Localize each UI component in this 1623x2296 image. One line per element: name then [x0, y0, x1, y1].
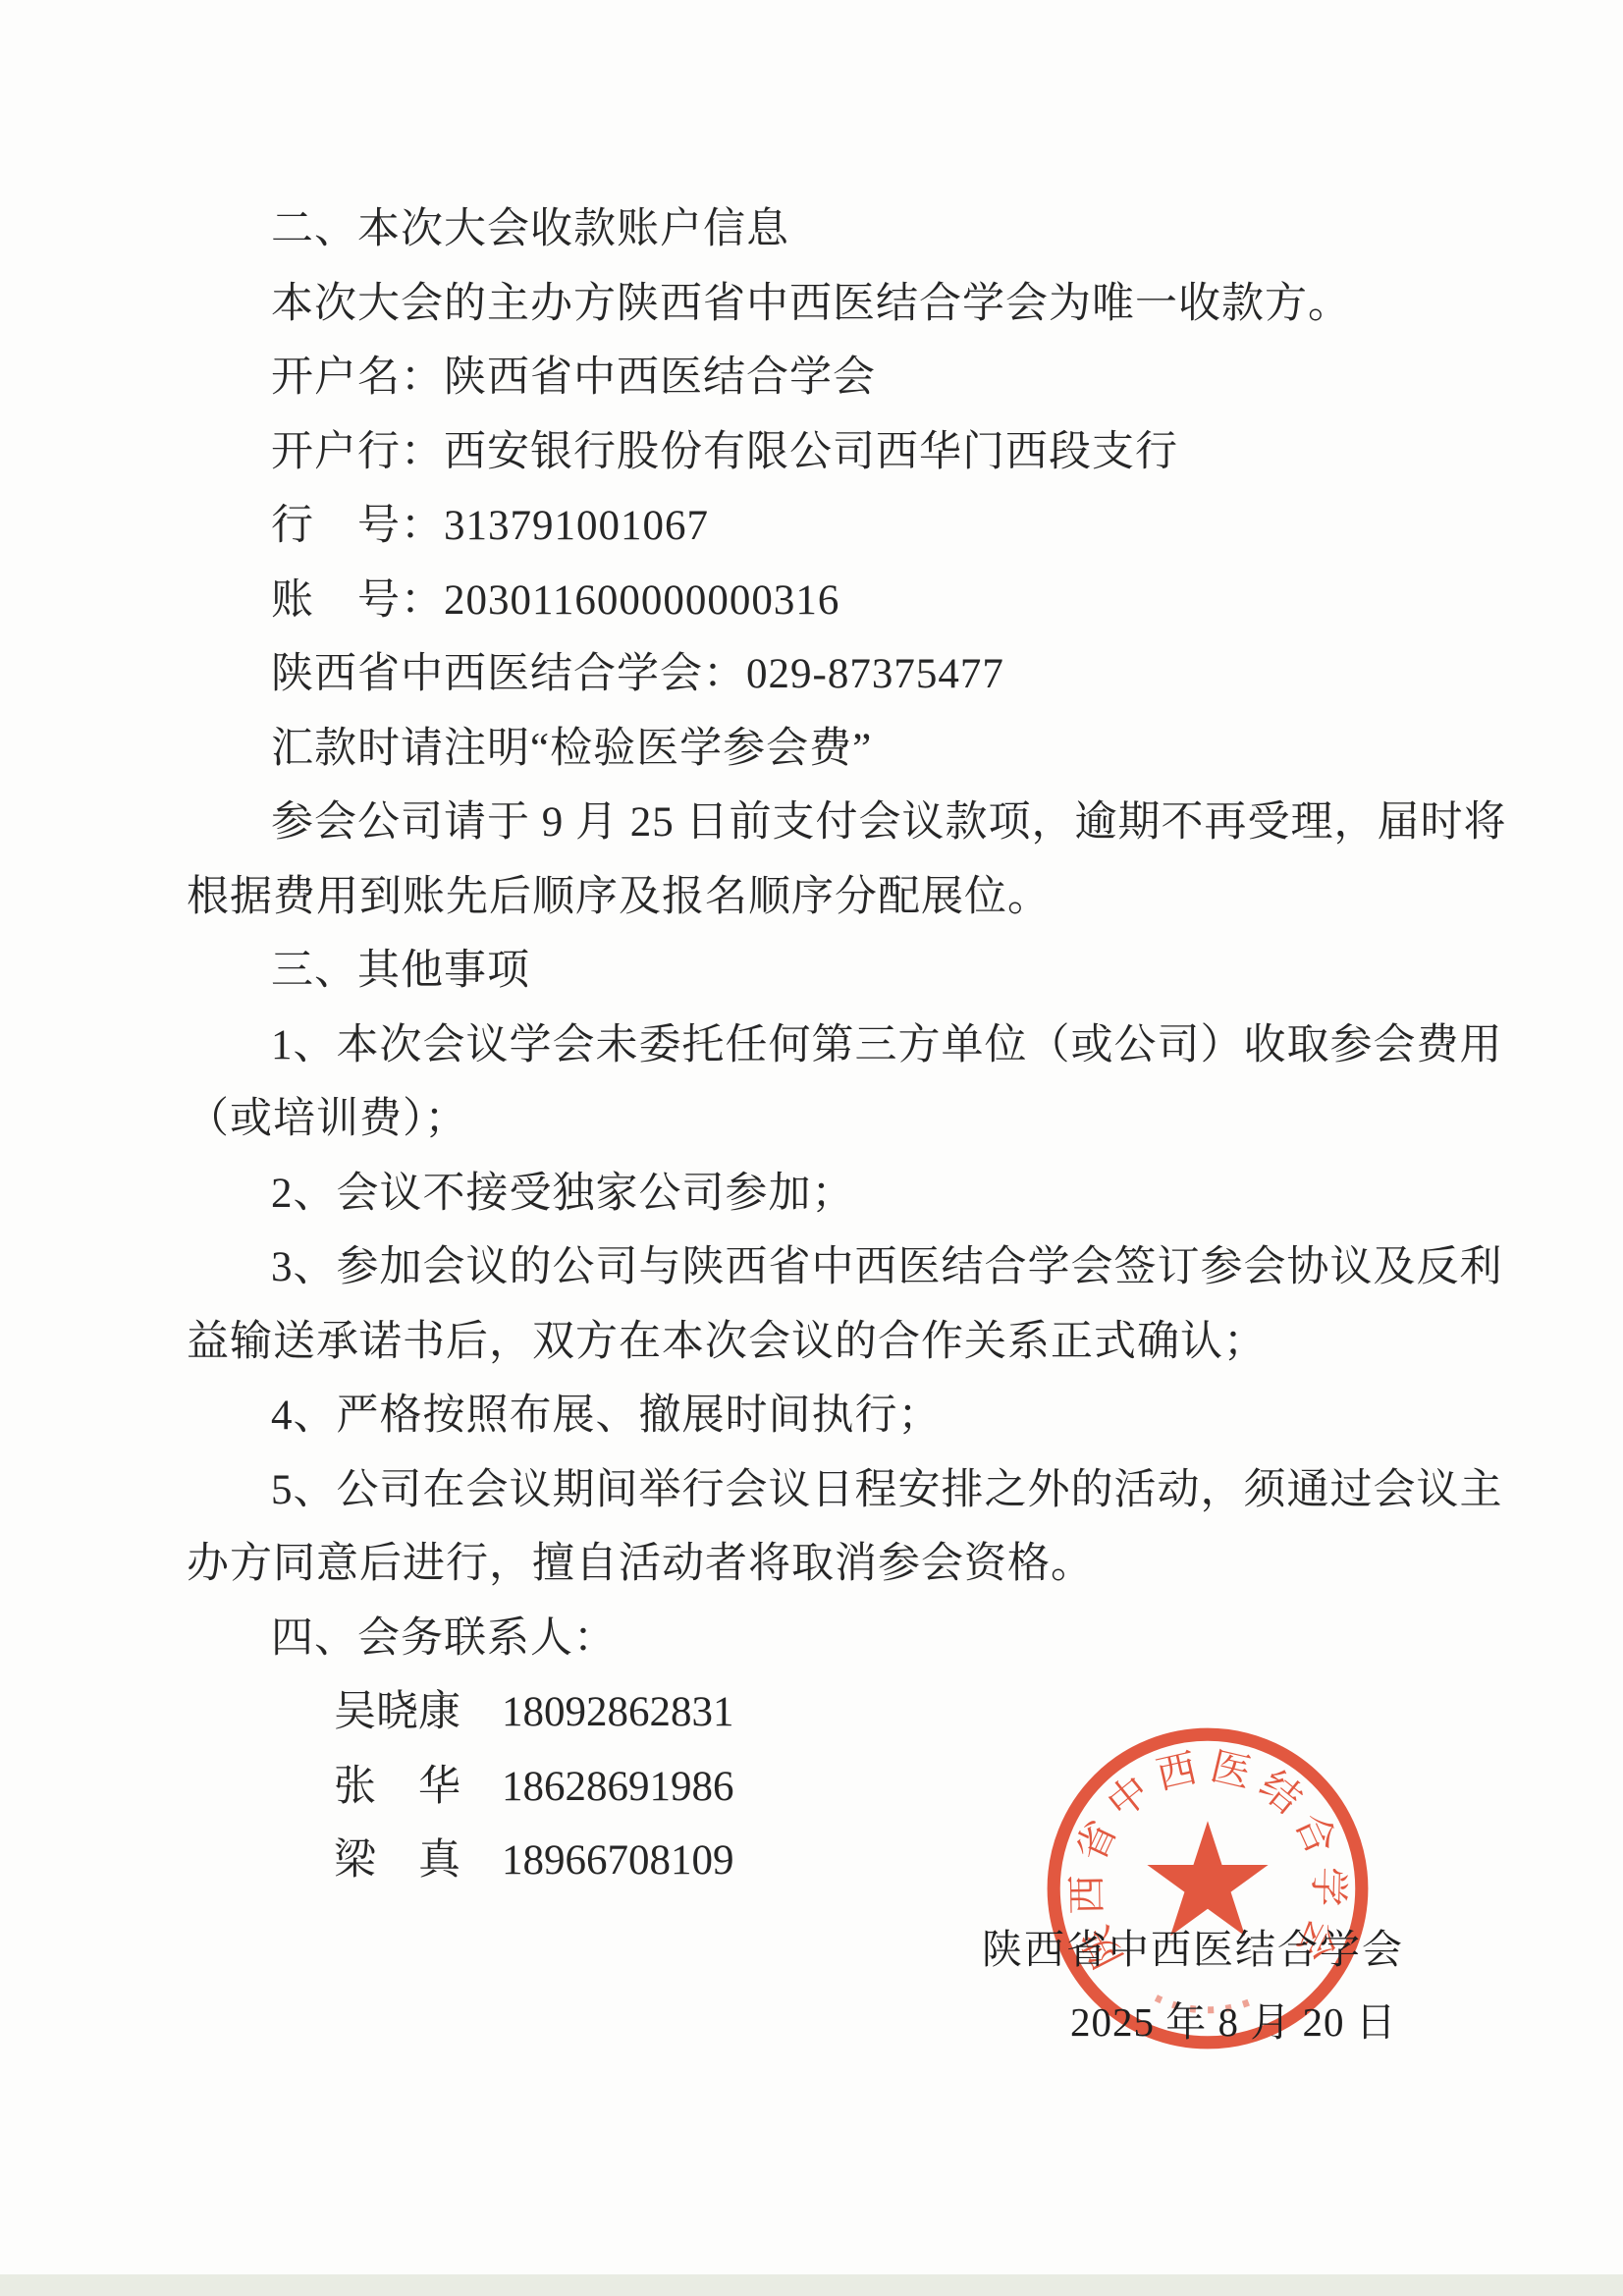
- text-line: 参会公司请于 9 月 25 日前支付会议款项，逾期不再受理，届时将: [187, 786, 1492, 860]
- contact-row: 张 华18628691986: [187, 1750, 1492, 1825]
- text-line: 开户名：陕西省中西医结合学会: [187, 341, 1492, 415]
- text-line: 账 号：203011600000000316: [187, 564, 1492, 638]
- text-line: 二、本次大会收款账户信息: [187, 192, 1492, 267]
- contact-phone: 18628691986: [502, 1764, 734, 1810]
- signature-org: 陕西省中西医结合学会: [982, 1917, 1404, 1975]
- text-line: 开户行：西安银行股份有限公司西华门西段支行: [187, 415, 1492, 490]
- text-line: 本次大会的主办方陕西省中西医结合学会为唯一收款方。: [187, 267, 1492, 342]
- text-line: （或培训费）；: [187, 1082, 1492, 1157]
- contact-name: 张 华: [334, 1750, 464, 1825]
- contact-name: 吴晓康: [334, 1675, 464, 1750]
- text-line: 2、会议不接受独家公司参加；: [187, 1157, 1492, 1231]
- signature-date: 2025 年 8 月 20 日: [1070, 1990, 1397, 2048]
- contact-phone: 18966708109: [502, 1837, 734, 1884]
- text-line: 4、严格按照布展、撤展时间执行；: [187, 1379, 1492, 1453]
- text-line: 5、公司在会议期间举行会议日程安排之外的活动，须通过会议主: [187, 1453, 1492, 1528]
- contact-row: 梁 真18966708109: [187, 1824, 1492, 1898]
- text-line: 3、参加会议的公司与陕西省中西医结合学会签订参会协议及反利: [187, 1230, 1492, 1305]
- text-line: 办方同意后进行，擅自活动者将取消参会资格。: [187, 1527, 1492, 1602]
- text-line: 根据费用到账先后顺序及报名顺序分配展位。: [187, 860, 1492, 935]
- text-line: 行 号：313791001067: [187, 489, 1492, 564]
- scan-edge-artifact: [0, 2274, 1623, 2296]
- text-line: 陕西省中西医结合学会：029-87375477: [187, 637, 1492, 712]
- document-page: 二、本次大会收款账户信息本次大会的主办方陕西省中西医结合学会为唯一收款方。开户名…: [0, 0, 1623, 2296]
- contact-phone: 18092862831: [502, 1689, 734, 1735]
- text-line: 四、会务联系人：: [187, 1602, 1492, 1676]
- contact-row: 吴晓康18092862831: [187, 1675, 1492, 1750]
- text-line: 汇款时请注明“检验医学参会费”: [187, 712, 1492, 787]
- body-lines: 二、本次大会收款账户信息本次大会的主办方陕西省中西医结合学会为唯一收款方。开户名…: [187, 192, 1492, 1898]
- text-line: 1、本次会议学会未委托任何第三方单位（或公司）收取参会费用: [187, 1009, 1492, 1083]
- contact-name: 梁 真: [334, 1824, 464, 1898]
- text-line: 三、其他事项: [187, 934, 1492, 1009]
- text-line: 益输送承诺书后，双方在本次会议的合作关系正式确认；: [187, 1305, 1492, 1380]
